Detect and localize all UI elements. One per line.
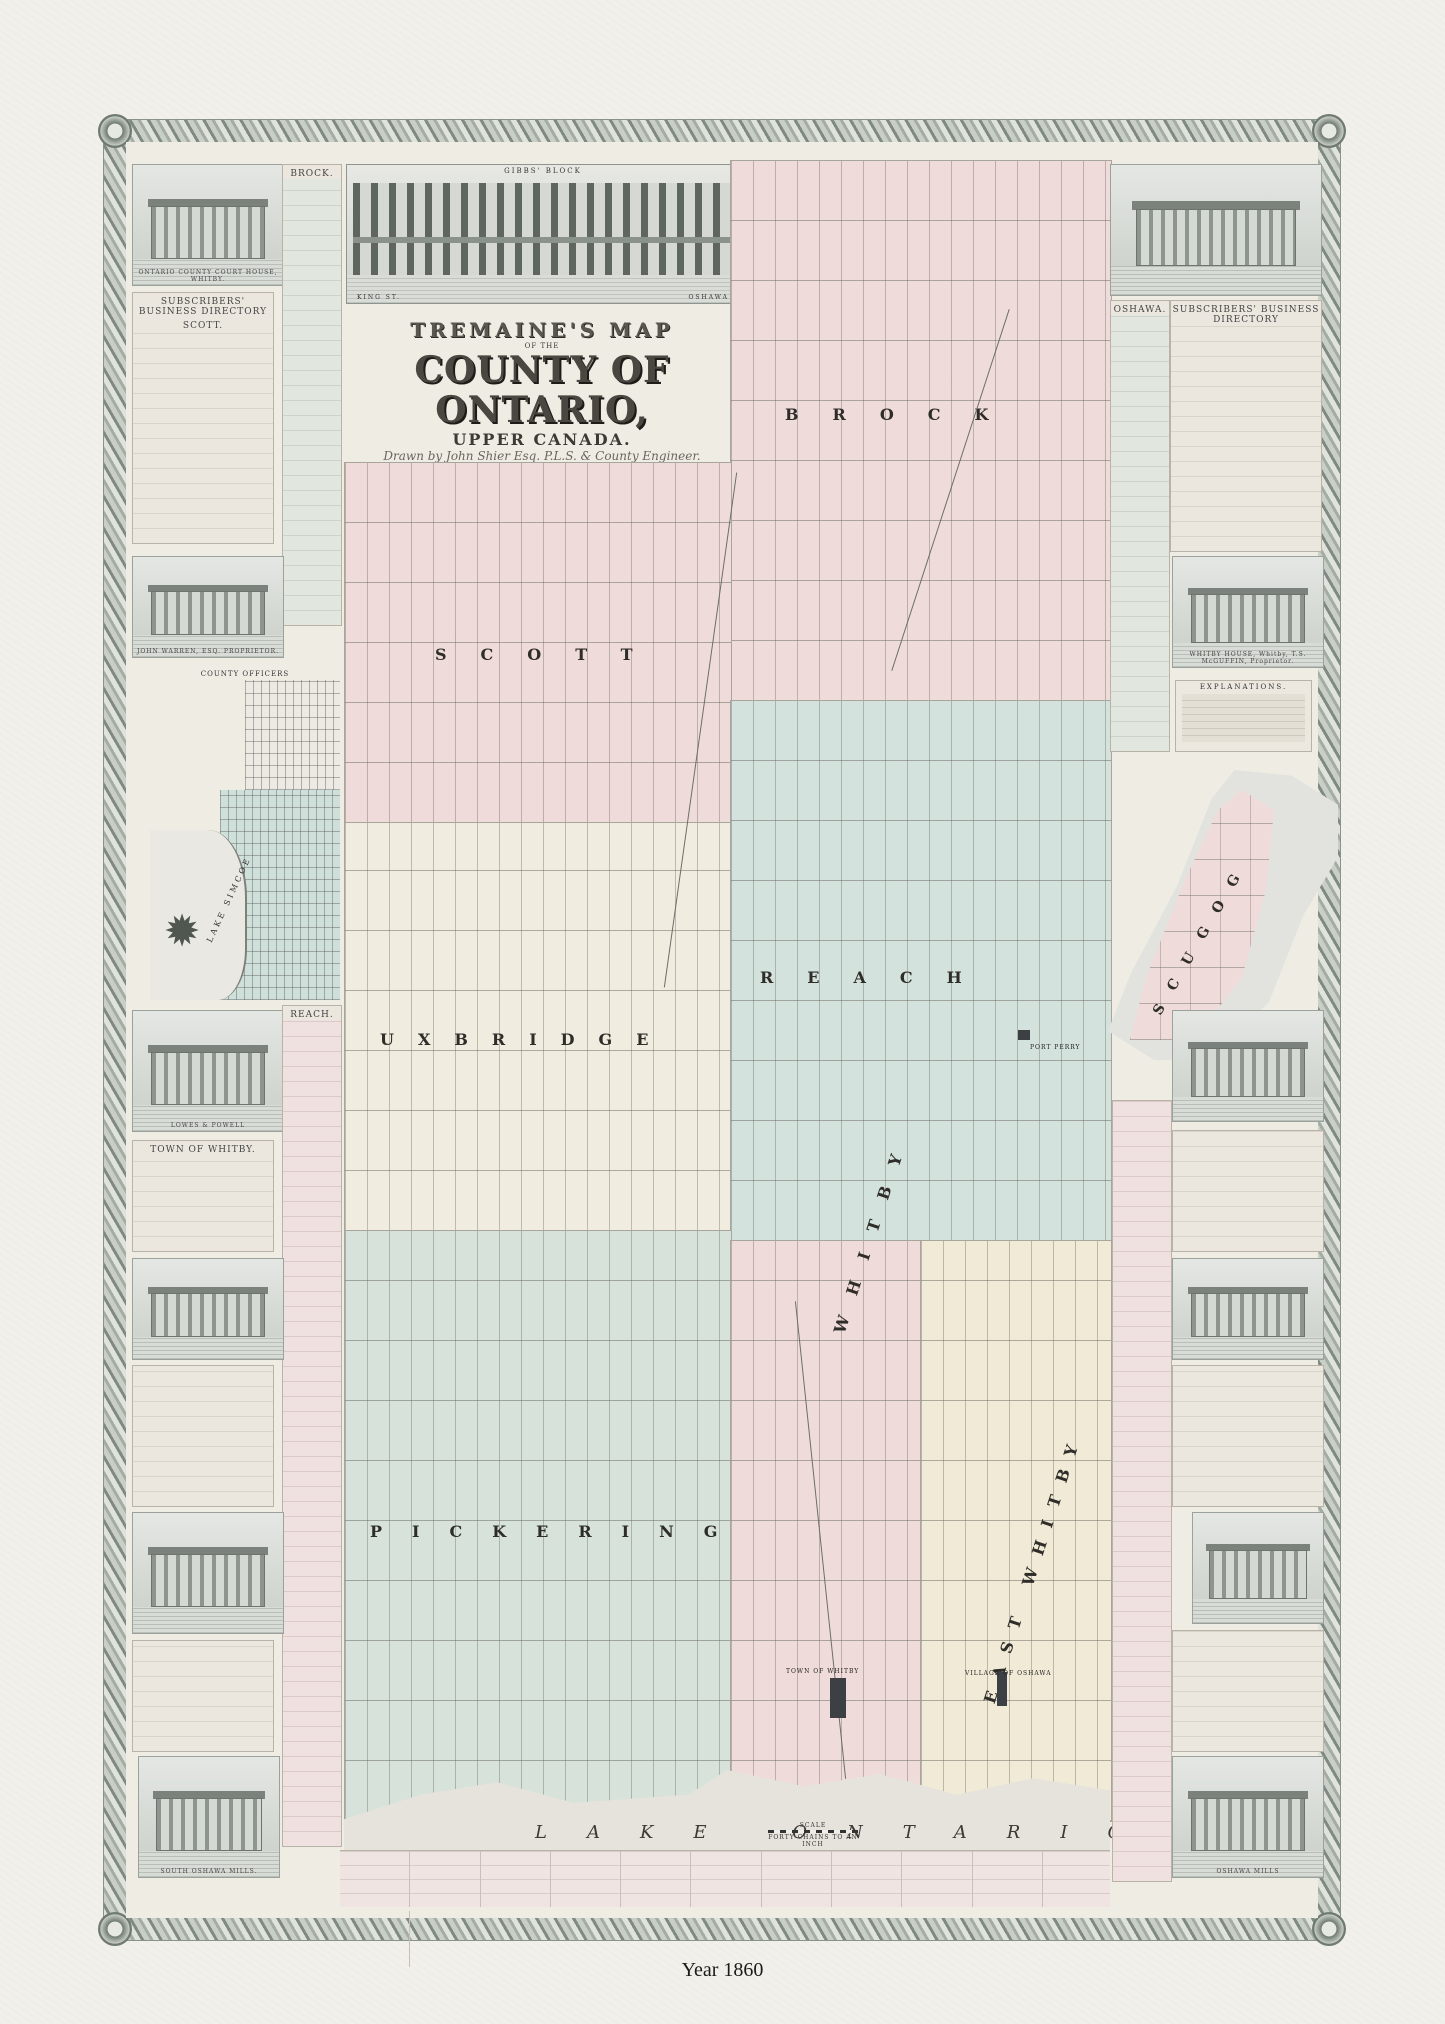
building-illustration bbox=[151, 1293, 265, 1337]
building-illustration bbox=[151, 591, 265, 635]
vignette-court-house: ONTARIO COUNTY COURT HOUSE, WHITBY. bbox=[132, 164, 284, 286]
ground bbox=[1173, 1337, 1323, 1359]
directory-column-oshawa: OSHAWA. bbox=[1110, 300, 1170, 752]
town-marker-port-perry[interactable] bbox=[1018, 1030, 1030, 1040]
directory-column bbox=[410, 1851, 480, 1907]
drawn-by: Drawn by John Shier Esq. P.L.S. & County… bbox=[346, 449, 738, 463]
building-illustration bbox=[1191, 1293, 1305, 1337]
ground bbox=[1173, 1097, 1323, 1121]
vignette-building-right-3 bbox=[1192, 1512, 1324, 1624]
directory-column bbox=[551, 1851, 621, 1907]
township-label-pickering: PICKERING bbox=[370, 1522, 747, 1541]
directory-heading: REACH. bbox=[283, 1006, 341, 1020]
directory-block bbox=[1172, 1130, 1324, 1252]
directory-scott: SUBSCRIBERS' BUSINESS DIRECTORY SCOTT. bbox=[132, 292, 274, 544]
vignette-lowes-powell-store: LOWES & POWELL bbox=[132, 1010, 284, 1132]
township-scott[interactable] bbox=[344, 462, 732, 824]
directory-heading: BROCK. bbox=[283, 165, 341, 179]
legend-title: EXPLANATIONS. bbox=[1176, 681, 1311, 691]
directory-heading: SUBSCRIBERS' BUSINESS DIRECTORY bbox=[1171, 301, 1321, 325]
title-line-3: UPPER CANADA. bbox=[346, 430, 738, 449]
town-label-whitby: TOWN OF WHITBY bbox=[786, 1668, 859, 1675]
vignette-caption: WHITBY HOUSE, Whitby, T.S. McGUFFIN, Pro… bbox=[1173, 651, 1323, 665]
directory-subheading: SCOTT. bbox=[133, 317, 273, 331]
building-illustration bbox=[151, 1052, 265, 1105]
vignette-south-oshawa-mills: SOUTH OSHAWA MILLS. bbox=[138, 1756, 280, 1878]
ground bbox=[133, 1607, 283, 1633]
directory-block bbox=[132, 1640, 274, 1752]
directory-column bbox=[762, 1851, 832, 1907]
vignette-factory bbox=[1110, 164, 1322, 296]
township-whitby[interactable] bbox=[730, 1240, 922, 1822]
directory-column-right bbox=[1112, 1100, 1172, 1882]
town-label-oshawa: VILLAGE OF OSHAWA bbox=[965, 1670, 1052, 1677]
vignette-whitby-house: WHITBY HOUSE, Whitby, T.S. McGUFFIN, Pro… bbox=[1172, 556, 1324, 668]
directory-heading: TOWN OF WHITBY. bbox=[133, 1141, 273, 1155]
building-illustration bbox=[1136, 209, 1296, 266]
building-illustration bbox=[1191, 1048, 1305, 1096]
building-illustration bbox=[151, 206, 265, 259]
directory-column bbox=[481, 1851, 551, 1907]
hotel-sign: GIBBS' BLOCK bbox=[347, 167, 739, 175]
legend-rows bbox=[1182, 694, 1305, 742]
building-band bbox=[353, 237, 733, 243]
vignette-caption: LOWES & POWELL bbox=[133, 1122, 283, 1129]
scale-label: SCALE bbox=[768, 1822, 858, 1829]
directory-block bbox=[1172, 1365, 1324, 1507]
vignette-building-right-2 bbox=[1172, 1258, 1324, 1360]
directory-column-brock: BROCK. bbox=[282, 164, 342, 626]
building-facade bbox=[353, 183, 733, 275]
map-title-cartouche: TREMAINE'S MAP OF THE COUNTY OF ONTARIO,… bbox=[346, 318, 738, 485]
vignette-building-right-1 bbox=[1172, 1010, 1324, 1122]
directory-right: SUBSCRIBERS' BUSINESS DIRECTORY bbox=[1170, 300, 1322, 552]
directory-column bbox=[691, 1851, 761, 1907]
bottom-directory bbox=[340, 1850, 1110, 1907]
township-label-uxbridge: UXBRIDGE bbox=[380, 1030, 672, 1049]
vignette-caption: OSHAWA MILLS bbox=[1173, 1868, 1323, 1875]
building-illustration bbox=[156, 1798, 262, 1851]
township-uxbridge[interactable] bbox=[344, 822, 732, 1232]
ground bbox=[1111, 266, 1321, 295]
vignette-caption: ONTARIO COUNTY COURT HOUSE, WHITBY. bbox=[133, 269, 283, 283]
street-caption-right: OSHAWA bbox=[688, 294, 729, 301]
title-line-2: COUNTY OF ONTARIO, bbox=[346, 350, 738, 430]
building-illustration bbox=[1209, 1550, 1308, 1598]
year-caption: Year 1860 bbox=[0, 1959, 1445, 1982]
directory-block bbox=[1172, 1630, 1324, 1752]
border-vine-left bbox=[104, 120, 126, 1940]
town-marker-whitby[interactable] bbox=[830, 1678, 846, 1718]
vignette-mill: JOHN WARREN, ESQ. PROPRIETOR. bbox=[132, 556, 284, 658]
directory-column bbox=[973, 1851, 1043, 1907]
map-scale: SCALE FORTY CHAINS TO AN INCH bbox=[768, 1822, 858, 1848]
compass-rose-icon: ✹ bbox=[160, 910, 204, 954]
street bbox=[347, 275, 739, 303]
vignette-gibbs-block: GIBBS' BLOCK KING ST. OSHAWA bbox=[346, 164, 740, 304]
directory-column bbox=[621, 1851, 691, 1907]
street-caption-left: KING ST. bbox=[357, 294, 401, 301]
town-label-port-perry: PORT PERRY bbox=[1030, 1044, 1081, 1051]
vignette-caption: SOUTH OSHAWA MILLS. bbox=[139, 1868, 279, 1875]
building-illustration bbox=[1191, 594, 1305, 642]
scale-note: FORTY CHAINS TO AN INCH bbox=[768, 1834, 858, 1848]
vignette-building-3 bbox=[132, 1512, 284, 1634]
border-vine-bottom bbox=[104, 1918, 1340, 1940]
town-marker-oshawa[interactable] bbox=[997, 1672, 1007, 1706]
directory-column-reach: REACH. bbox=[282, 1005, 342, 1847]
building-illustration bbox=[1191, 1798, 1305, 1851]
vignette-caption: JOHN WARREN, ESQ. PROPRIETOR. bbox=[133, 648, 283, 655]
township-label-scott: SCOTT bbox=[435, 645, 666, 664]
ground bbox=[133, 1337, 283, 1359]
directory-column bbox=[902, 1851, 972, 1907]
vignette-building-2 bbox=[132, 1258, 284, 1360]
inset-grid-north bbox=[245, 680, 340, 790]
directory-town-of-whitby: TOWN OF WHITBY. bbox=[132, 1140, 274, 1252]
directory-column bbox=[832, 1851, 902, 1907]
township-label-brock: BROCK bbox=[785, 405, 1022, 424]
lake-simcoe-inset: ✹ bbox=[150, 680, 340, 1000]
directory-heading: SUBSCRIBERS' BUSINESS DIRECTORY bbox=[133, 293, 273, 317]
building-illustration bbox=[151, 1554, 265, 1607]
county-officers-heading: COUNTY OFFICERS bbox=[150, 670, 340, 678]
township-east-whitby[interactable] bbox=[920, 1240, 1112, 1822]
title-line-1: TREMAINE'S MAP bbox=[346, 318, 738, 342]
township-brock[interactable] bbox=[730, 160, 1112, 702]
directory-subheading: OSHAWA. bbox=[1111, 301, 1169, 315]
vignette-oshawa-mills: OSHAWA MILLS bbox=[1172, 1756, 1324, 1878]
directory-block bbox=[132, 1365, 274, 1507]
township-label-reach: REACH bbox=[760, 968, 996, 987]
scale-bar bbox=[768, 1830, 858, 1833]
border-vine-top bbox=[104, 120, 1340, 142]
ground bbox=[1193, 1599, 1323, 1623]
legend-explanations: EXPLANATIONS. bbox=[1175, 680, 1312, 752]
directory-column bbox=[340, 1851, 410, 1907]
